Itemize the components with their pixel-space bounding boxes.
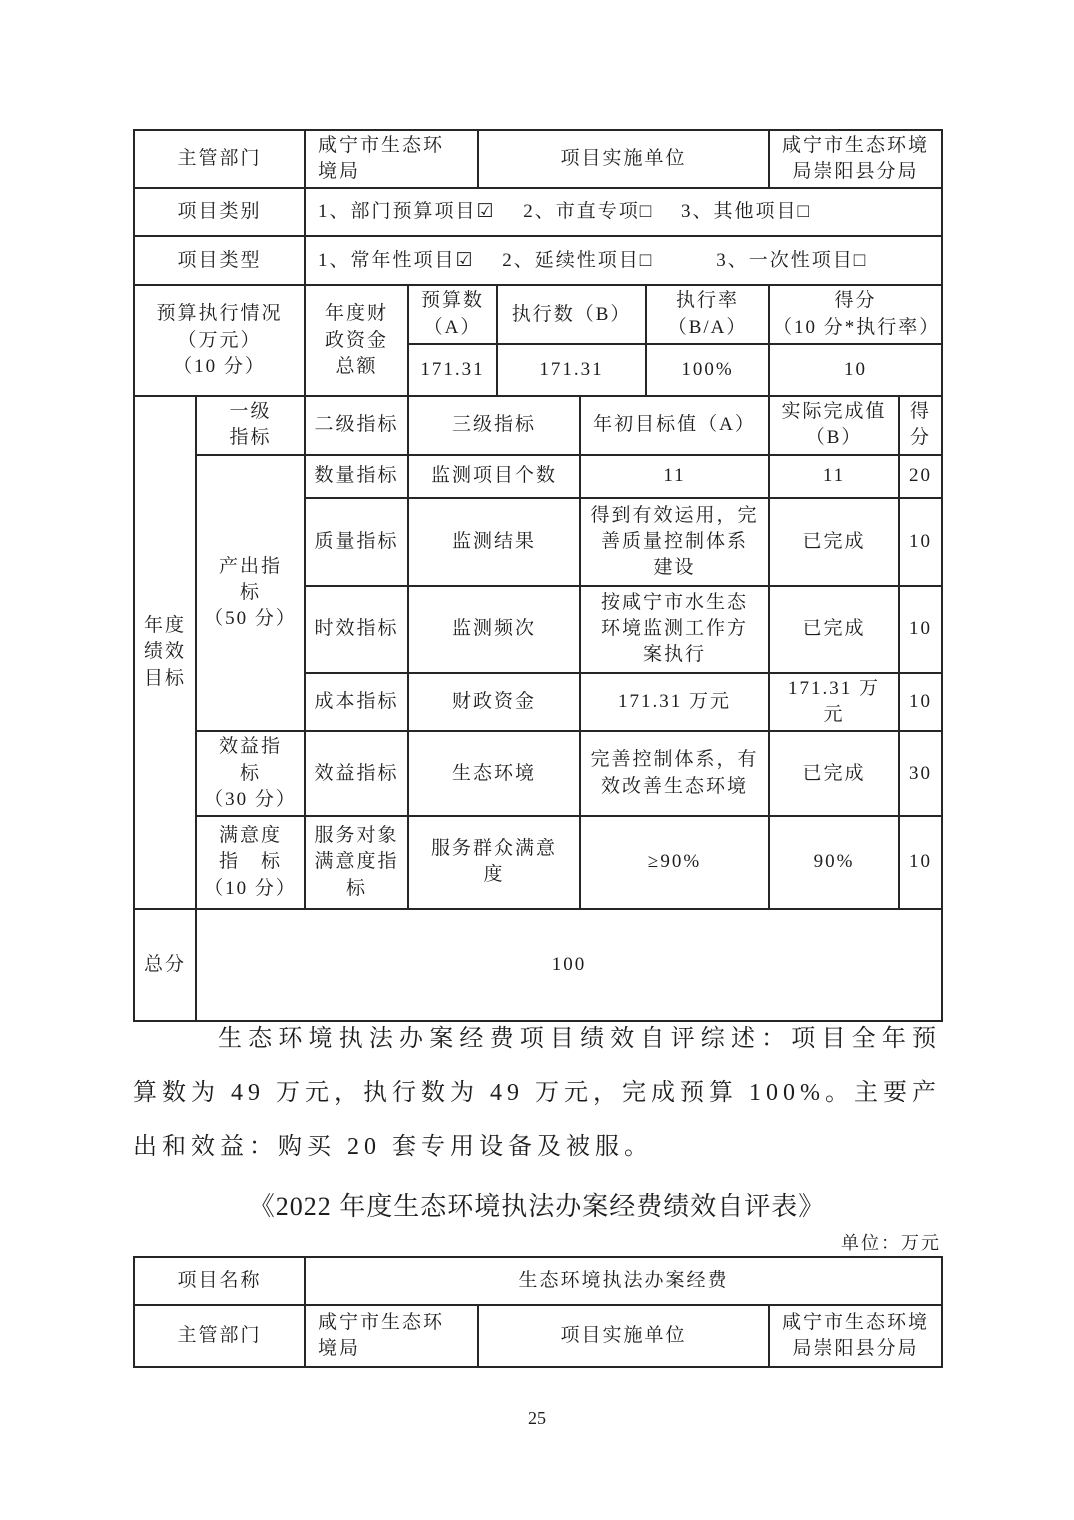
indicator-score: 10 [899,498,942,586]
project-type-options: 1、常年性项目☑ 2、延续性项目□ 3、一次性项目□ [305,236,942,285]
indicator-target: ≥90% [580,816,769,909]
indicator-level3: 财政资金 [408,673,580,731]
exec-rate-value: 100% [646,344,769,396]
exec-rate-header: 执行率 （B/A） [646,285,769,343]
implementer-value: 咸宁市生态环境 局崇阳县分局 [769,130,942,188]
table-row: 项目类别 1、部门预算项目☑ 2、市直专项□ 3、其他项目□ [134,188,942,236]
indicator-score: 20 [899,455,942,498]
indicator-actual: 171.31 万 元 [769,673,899,731]
indicator-score: 10 [899,816,942,909]
table-row: 项目名称 生态环境执法办案经费 [134,1257,942,1305]
output-indicator-group: 产出指 标 （50 分） [196,455,305,731]
indicator-actual: 已完成 [769,731,899,816]
level2-header: 二级指标 [305,396,408,455]
indicator-level3: 生态环境 [408,731,580,816]
level1-header: 一级 指标 [196,396,305,455]
project-name-value: 生态环境执法办案经费 [305,1257,942,1305]
supervisor-value: 咸宁市生态环 境局 [305,130,478,188]
project-category-label: 项目类别 [134,188,305,236]
actual-header: 实际完成值 （B） [769,396,899,455]
table-row: 主管部门 咸宁市生态环 境局 项目实施单位 咸宁市生态环境 局崇阳县分局 [134,1305,942,1367]
table-row: 主管部门 咸宁市生态环 境局 项目实施单位 咸宁市生态环境 局崇阳县分局 [134,130,942,188]
law-enforcement-eval-table: 项目名称 生态环境执法办案经费 主管部门 咸宁市生态环 境局 项目实施单位 咸宁… [133,1256,943,1368]
indicator-level2: 效益指标 [305,731,408,816]
indicator-score: 10 [899,673,942,731]
budget-score-value: 10 [769,344,942,396]
budget-amount-header: 预算数 （A） [408,285,497,343]
indicator-score: 30 [899,731,942,816]
table-row: 项目类型 1、常年性项目☑ 2、延续性项目□ 3、一次性项目□ [134,236,942,285]
indicator-actual: 已完成 [769,586,899,673]
project-category-options: 1、部门预算项目☑ 2、市直专项□ 3、其他项目□ [305,188,942,236]
table-row: 年度 绩效 目标 一级 指标 二级指标 三级指标 年初目标值（A） 实际完成值 … [134,396,942,455]
indicator-level3: 监测频次 [408,586,580,673]
indicator-target: 得到有效运用，完 善质量控制体系 建设 [580,498,769,586]
budget-execution-label: 预算执行情况 （万元） （10 分） [134,285,305,395]
annual-fund-label: 年度财 政资金 总额 [305,285,408,395]
indicator-level2: 时效指标 [305,586,408,673]
total-score-value: 100 [196,909,942,1021]
indicator-level2: 服务对象 满意度指 标 [305,816,408,909]
table-row: 满意度 指 标 （10 分） 服务对象 满意度指 标 服务群众满意 度 ≥90%… [134,816,942,909]
level3-header: 三级指标 [408,396,580,455]
indicator-score: 10 [899,586,942,673]
indicator-target: 11 [580,455,769,498]
exec-amount-value: 171.31 [497,344,646,396]
implementer-label: 项目实施单位 [478,1305,769,1367]
indicator-level3: 监测结果 [408,498,580,586]
section-title: 《2022 年度生态环境执法办案经费绩效自评表》 [133,1186,941,1223]
indicator-target: 按咸宁市水生态 环境监测工作方 案执行 [580,586,769,673]
supervisor-label: 主管部门 [134,130,305,188]
indicator-level2: 数量指标 [305,455,408,498]
target-header: 年初目标值（A） [580,396,769,455]
indicator-level2: 质量指标 [305,498,408,586]
indicator-level2: 成本指标 [305,673,408,731]
indicator-target: 完善控制体系，有 效改善生态环境 [580,731,769,816]
table-row: 预算执行情况 （万元） （10 分） 年度财 政资金 总额 预算数 （A） 执行… [134,285,942,343]
indicator-actual: 已完成 [769,498,899,586]
annual-performance-label: 年度 绩效 目标 [134,396,196,909]
implementer-label: 项目实施单位 [478,130,769,188]
indicator-actual: 90% [769,816,899,909]
indicator-level3: 监测项目个数 [408,455,580,498]
supervisor-label: 主管部门 [134,1305,305,1367]
document-page: 主管部门 咸宁市生态环 境局 项目实施单位 咸宁市生态环境 局崇阳县分局 项目类… [0,0,1074,1520]
satisfaction-indicator-group: 满意度 指 标 （10 分） [196,816,305,909]
total-score-label: 总分 [134,909,196,1021]
indicator-level3: 服务群众满意 度 [408,816,580,909]
table-row: 总分 100 [134,909,942,1021]
table-row: 产出指 标 （50 分） 数量指标 监测项目个数 11 11 20 [134,455,942,498]
project-type-label: 项目类型 [134,236,305,285]
self-eval-summary-paragraph: 生态环境执法办案经费项目绩效自评综述：项目全年预算数为 49 万元，执行数为 4… [133,1012,941,1174]
budget-amount-value: 171.31 [408,344,497,396]
indicator-target: 171.31 万元 [580,673,769,731]
score-header: 得 分 [899,396,942,455]
budget-score-header: 得分 （10 分*执行率） [769,285,942,343]
indicator-actual: 11 [769,455,899,498]
exec-amount-header: 执行数（B） [497,285,646,343]
project-name-label: 项目名称 [134,1257,305,1305]
benefit-indicator-group: 效益指 标 （30 分） [196,731,305,816]
page-number: 25 [0,1408,1074,1429]
supervisor-value: 咸宁市生态环 境局 [305,1305,478,1367]
unit-note: 单位：万元 [133,1229,941,1255]
performance-self-eval-table: 主管部门 咸宁市生态环 境局 项目实施单位 咸宁市生态环境 局崇阳县分局 项目类… [133,129,943,1022]
implementer-value: 咸宁市生态环境 局崇阳县分局 [769,1305,942,1367]
table-row: 效益指 标 （30 分） 效益指标 生态环境 完善控制体系，有 效改善生态环境 … [134,731,942,816]
